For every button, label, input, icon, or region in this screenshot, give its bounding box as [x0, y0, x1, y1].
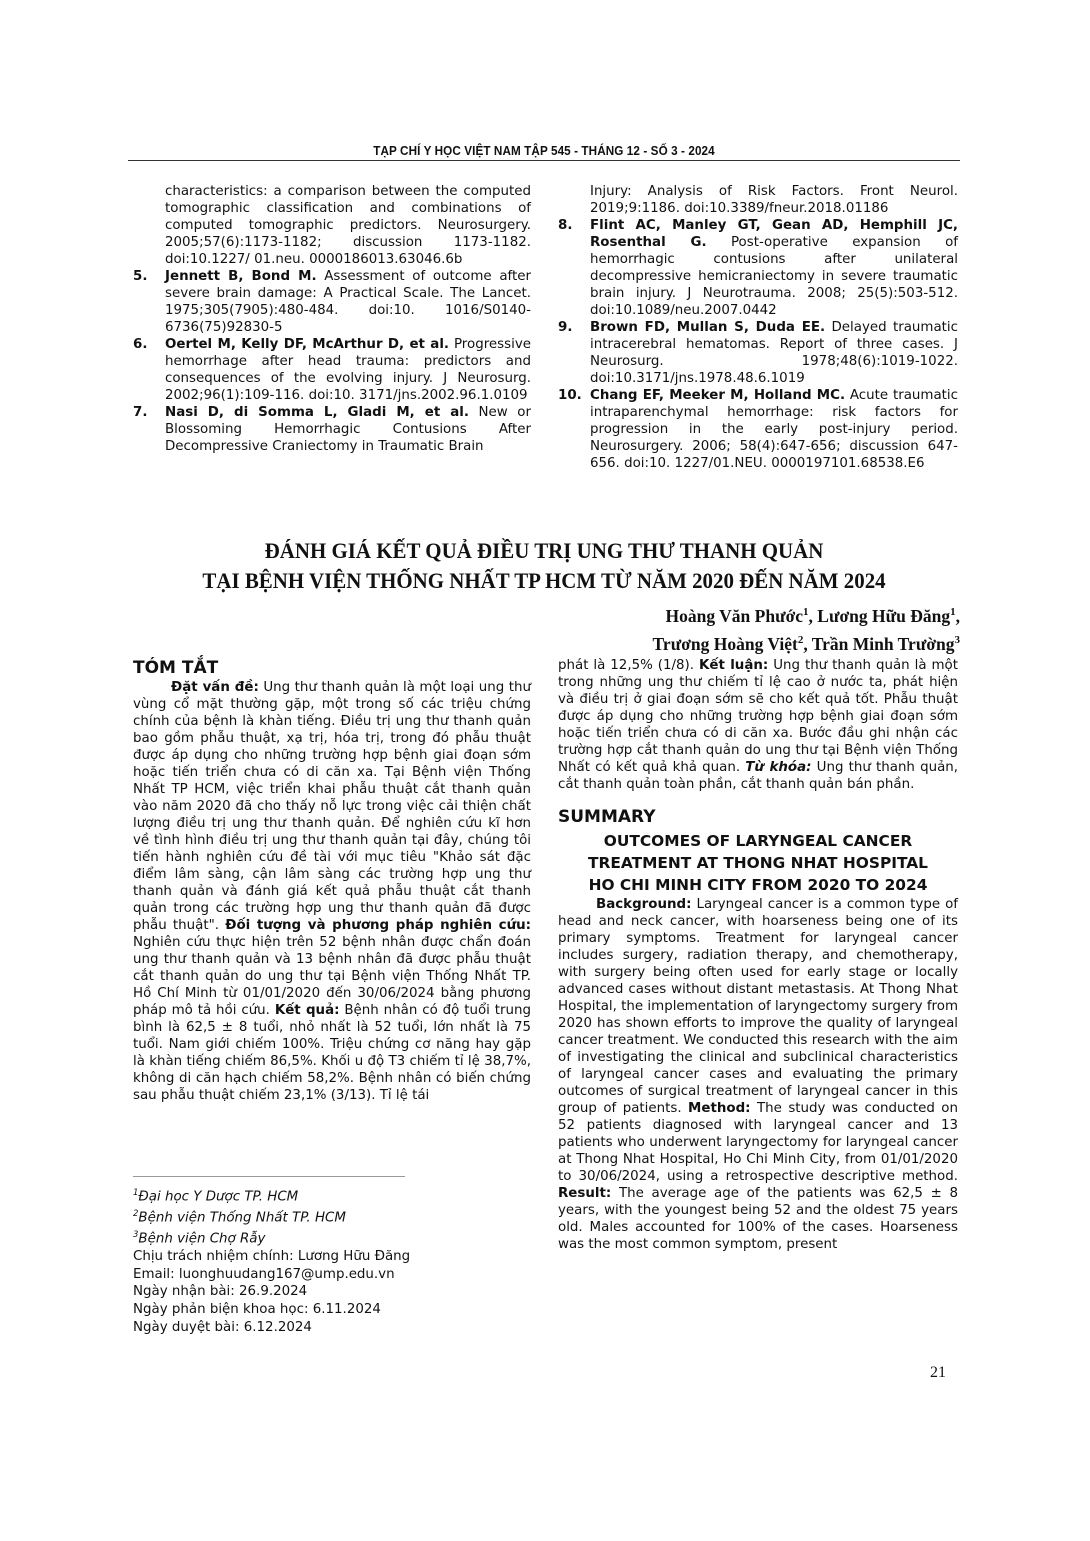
- author-name: Trương Hoàng Việt: [653, 634, 798, 654]
- affiliation-2: 2Bệnh viện Thống Nhất TP. HCM: [133, 1206, 531, 1227]
- email: Email: luonghuudang167@ump.edu.vn: [133, 1266, 531, 1284]
- text-result: The average age of the patients was 62,5…: [558, 1186, 958, 1252]
- abstract-continuation-and-summary: phát là 12,5% (1/8). Kết luận: Ung thư t…: [558, 657, 958, 1253]
- page-number: 21: [930, 1364, 946, 1382]
- reference-item: 9.Brown FD, Mullan S, Duda EE. Delayed t…: [558, 319, 958, 387]
- reference-item: 6.Oertel M, Kelly DF, McArthur D, et al.…: [133, 336, 531, 404]
- footnote-rule: [133, 1176, 405, 1177]
- reference-authors: Chang EF, Meeker M, Holland MC.: [590, 388, 845, 403]
- english-title: OUTCOMES OF LARYNGEAL CANCER TREATMENT A…: [558, 830, 958, 896]
- footnotes: 1Đại học Y Dược TP. HCM 2Bệnh viện Thống…: [133, 1185, 531, 1336]
- english-title-line: OUTCOMES OF LARYNGEAL CANCER: [558, 830, 958, 852]
- date-reviewed: Ngày phản biện khoa học: 6.11.2024: [133, 1301, 531, 1319]
- english-title-line: TREATMENT AT THONG NHAT HOSPITAL: [558, 852, 958, 874]
- author-name: Trần Minh Trường: [812, 634, 955, 654]
- author-affiliation-mark: 1: [803, 606, 809, 618]
- affiliation-text: Bệnh viện Chợ Rẫy: [138, 1232, 265, 1247]
- reference-authors: Jennett B, Bond M.: [165, 269, 317, 284]
- article-title: ĐÁNH GIÁ KẾT QUẢ ĐIỀU TRỊ UNG THƯ THANH …: [157, 536, 931, 596]
- author-affiliation-mark: 3: [955, 634, 961, 646]
- text-ket-luan: Ung thư thanh quản là một trong những un…: [558, 658, 958, 775]
- author-list: Hoàng Văn Phước1, Lương Hữu Đăng1, Trươn…: [500, 600, 960, 656]
- running-header: TẠP CHÍ Y HỌC VIỆT NAM TẬP 545 - THÁNG 1…: [170, 143, 919, 158]
- affiliation-1: 1Đại học Y Dược TP. HCM: [133, 1185, 531, 1206]
- label-tu-khoa: Từ khóa:: [745, 760, 811, 775]
- text-ket-qua-cont: phát là 12,5% (1/8).: [558, 658, 699, 673]
- label-method: Method:: [688, 1101, 750, 1116]
- author-affiliation-mark: 1: [950, 606, 956, 618]
- reference-item: 10.Chang EF, Meeker M, Holland MC. Acute…: [558, 387, 958, 472]
- text-background: Laryngeal cancer is a common type of hea…: [558, 897, 958, 1116]
- affiliation-text: Đại học Y Dược TP. HCM: [138, 1189, 298, 1204]
- abstract-paragraph: Đặt vấn đề: Ung thư thanh quản là một lo…: [133, 679, 531, 1104]
- reference-item: 7.Nasi D, di Somma L, Gladi M, et al. Ne…: [133, 404, 531, 455]
- article-title-line: ĐÁNH GIÁ KẾT QUẢ ĐIỀU TRỊ UNG THƯ THANH …: [157, 536, 931, 566]
- reference-authors: Brown FD, Mullan S, Duda EE.: [590, 320, 825, 335]
- text-dat-van-de: Ung thư thanh quản là một loại ung thư v…: [133, 680, 531, 933]
- author-affiliation-mark: 2: [798, 634, 804, 646]
- reference-number: 6.: [133, 336, 147, 353]
- reference-number: 5.: [133, 268, 147, 285]
- abstract-paragraph-continued: phát là 12,5% (1/8). Kết luận: Ung thư t…: [558, 657, 958, 793]
- author-name: Hoàng Văn Phước: [666, 606, 804, 626]
- date-received: Ngày nhận bài: 26.9.2024: [133, 1283, 531, 1301]
- author-name: Lương Hữu Đăng: [817, 606, 950, 626]
- reference-number: 7.: [133, 404, 147, 421]
- article-title-line: TẠI BỆNH VIỆN THỐNG NHẤT TP HCM TỪ NĂM 2…: [157, 566, 931, 596]
- label-ket-luan: Kết luận:: [699, 658, 768, 673]
- label-doi-tuong: Đối tượng và phương pháp nghiên cứu:: [225, 918, 531, 933]
- date-accepted: Ngày duyệt bài: 6.12.2024: [133, 1319, 531, 1337]
- reference-continuation: Injury: Analysis of Risk Factors. Front …: [558, 183, 958, 217]
- summary-paragraph: Background: Laryngeal cancer is a common…: [558, 896, 958, 1253]
- reference-number: 10.: [558, 387, 582, 404]
- references-left: characteristics: a comparison between th…: [133, 183, 531, 455]
- section-heading-summary: SUMMARY: [558, 806, 958, 828]
- label-ket-qua: Kết quả:: [275, 1003, 340, 1018]
- header-rule: [128, 160, 960, 161]
- affiliation-text: Bệnh viện Thống Nhất TP. HCM: [138, 1211, 346, 1226]
- reference-item: 8.Flint AC, Manley GT, Gean AD, Hemphill…: [558, 217, 958, 319]
- reference-number: 8.: [558, 217, 572, 234]
- english-title-line: HO CHI MINH CITY FROM 2020 TO 2024: [558, 874, 958, 896]
- label-dat-van-de: Đặt vấn đề:: [171, 680, 259, 695]
- reference-authors: Oertel M, Kelly DF, McArthur D, et al.: [165, 337, 449, 352]
- label-result: Result:: [558, 1186, 611, 1201]
- text-ket-qua: Bệnh nhân có độ tuổi trung bình là 62,5 …: [133, 1003, 531, 1103]
- reference-authors: Nasi D, di Somma L, Gladi M, et al.: [165, 405, 469, 420]
- references-right: Injury: Analysis of Risk Factors. Front …: [558, 183, 958, 472]
- label-background: Background:: [596, 897, 691, 912]
- reference-continuation: characteristics: a comparison between th…: [133, 183, 531, 268]
- section-heading-tom-tat: TÓM TẮT: [133, 657, 531, 679]
- reference-item: 5.Jennett B, Bond M. Assessment of outco…: [133, 268, 531, 336]
- abstract-vietnamese: TÓM TẮT Đặt vấn đề: Ung thư thanh quản l…: [133, 657, 531, 1104]
- responsible-author: Chịu trách nhiệm chính: Lương Hữu Đăng: [133, 1248, 531, 1266]
- affiliation-3: 3Bệnh viện Chợ Rẫy: [133, 1227, 531, 1248]
- reference-number: 9.: [558, 319, 572, 336]
